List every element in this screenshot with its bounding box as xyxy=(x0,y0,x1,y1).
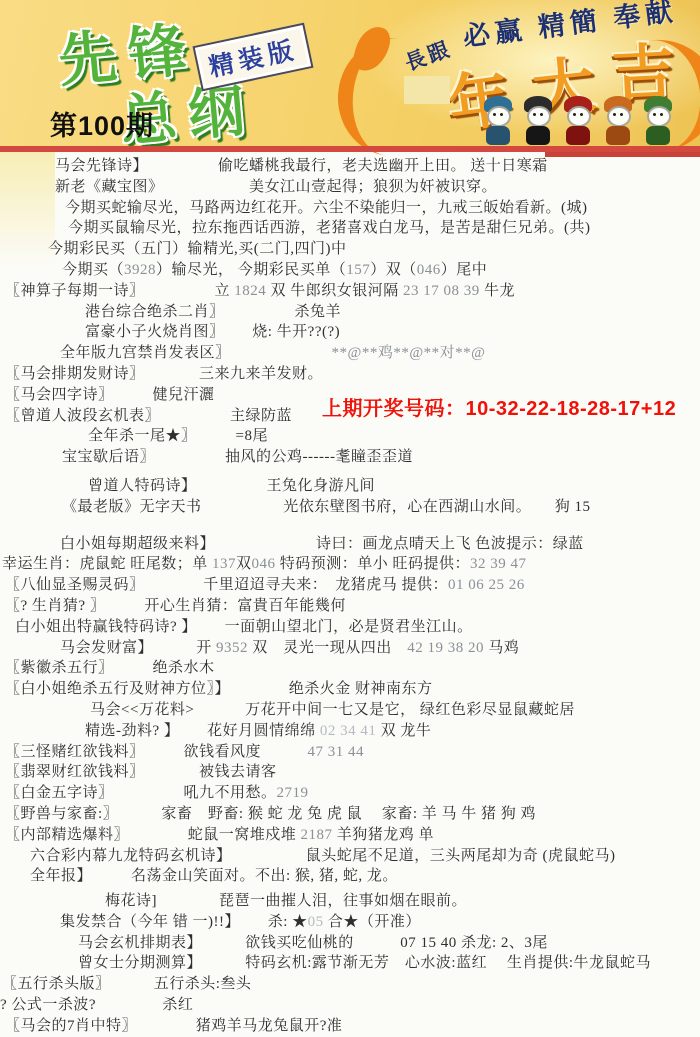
mascot-icon xyxy=(522,96,554,148)
text-line: 〖马会的7肖中特〗 猪鸡羊马龙兔鼠开?准 xyxy=(0,1016,700,1037)
last-draw-numbers: 上期开奖号码：10-32-22-18-28-17+12 xyxy=(322,392,676,421)
text-line: 白小姐每期超级来料】 诗曰：画龙点晴天上飞 色波提示：绿蓝 xyxy=(0,534,700,555)
text-line: 〖紫徽杀五行〗 绝杀水木 xyxy=(0,658,700,679)
text-line: 白小姐出特赢钱特码诗? 】 一面朝山望北门，必是贤君坐江山。 xyxy=(0,617,700,638)
text-line: 富豪小子火烧肖图〗 烧: 牛开??(?) xyxy=(0,322,700,343)
text-line: 〖马会排期发财诗〗 三来九来羊发财。 xyxy=(0,364,700,385)
mascot-icon xyxy=(562,96,594,148)
text-line: 〖三怪赌红欲钱料〗 欲钱看风度 47 31 44 xyxy=(0,742,700,763)
text-line: 〖白小姐绝杀五行及财神方位〗】 绝杀火金 财神南东方 xyxy=(0,679,700,700)
text-line: 〖内部精选爆料〗 蛇鼠一窝堆戍堆 2187 羊狗猪龙鸡 单 xyxy=(0,825,700,846)
text-line: 集发禁合（今年 错 一)!!】 杀: ★05 合★（开准） xyxy=(0,912,700,933)
erased-patch xyxy=(404,76,450,104)
text-line: 曾女士分期测算】 特码玄机:露节渐无芳 心水波:蓝红 生肖提供:牛龙鼠蛇马 xyxy=(0,953,700,974)
text-line: 全年杀一尾★〗 =8尾 xyxy=(0,426,700,447)
text-line: 今期买（3928）输尽光， 今期彩民买单（157）双（046）尾中 xyxy=(0,260,700,281)
text-line: 今期买鼠输尽光，拉东拖西话西游，老猪喜戏白龙马，是苦是甜仨兄弟。(共) xyxy=(0,218,700,239)
tips-text-block: 马会先锋诗】 偷吃蟠桃我最行，老夫选幽开上田。 送十日寒霜新老《藏宝图》 美女江… xyxy=(0,156,700,1037)
mascot-row xyxy=(482,96,674,148)
text-line: 精选-劲料? 】 花好月圆情绵绵 02 34 41 双 龙牛 xyxy=(0,721,700,742)
text-line: 〖翡翠财红欲钱料〗 被钱去请客 xyxy=(0,762,700,783)
text-line: 马会<<万花料> 万花开中间一七又是它， 绿红色彩尽显鼠藏蛇居 xyxy=(0,700,700,721)
text-line: ? 公式一杀波? 杀红 xyxy=(0,995,700,1016)
text-line: 新老《藏宝图》 美女江山壹起得；狼狈为奸被识穿。 xyxy=(0,177,700,198)
text-line: 〖野兽与家畜:〗 家畜 野畜: 猴 蛇 龙 兔 虎 鼠 家畜: 羊 马 牛 猪 … xyxy=(0,804,700,825)
text-line: 《最老版》无字天书 光依东壁图书府，心在西湖山水间。 狗 15 xyxy=(0,497,700,518)
mascot-icon xyxy=(482,96,514,148)
mascot-icon xyxy=(642,96,674,148)
text-line: 幸运生肖：虎鼠蛇 旺尾数；单 137双046 特码预测：单小 旺码提供：32 3… xyxy=(0,554,700,575)
text-line: 〖白金五字诗〗 吼九不用愁。2719 xyxy=(0,783,700,804)
text-line: 六合彩内幕九龙特码玄机诗】 鼠头蛇尾不足道，三头两尾却为奇 (虎鼠蛇马) xyxy=(0,846,700,867)
text-line: 梅花诗] 琵琶一曲摧人泪，往事如烟在眼前。 xyxy=(0,891,700,912)
mascot-icon xyxy=(602,96,634,148)
text-line: 今期彩民买（五门）输精光,买(二门,四门)中 xyxy=(0,239,700,260)
text-line: 〖神算子每期一诗〗 立 1824 双 牛郎织女银河隔 23 17 08 39 牛… xyxy=(0,281,700,302)
header-banner: 先锋 总纲 精装版 必赢 精簡 奉献 長跟 年 大 吉 第100期 xyxy=(0,0,700,150)
text-line: 马会玄机排期表】 欲钱买吃仙桃的 07 15 40 杀龙: 2、3尾 xyxy=(0,933,700,954)
issue-number: 第100期 xyxy=(50,104,154,143)
text-line: 〖八仙显圣赐灵码〗 千里迢迢寻夫来： 龙猪虎马 提供：01 06 25 26 xyxy=(0,575,700,596)
text-line: 港台综合绝杀二肖〗 杀兔羊 xyxy=(0,302,700,323)
text-line: 今期买蛇输尽光，马路两边红花开。六尘不染能归一，九戒三皈始看新。(城) xyxy=(0,198,700,219)
tip-sheet-page: 先锋 总纲 精装版 必赢 精簡 奉献 長跟 年 大 吉 第100期 马会先锋诗】… xyxy=(0,0,700,1037)
text-line: 全年版九宫禁肖发表区〗 **@**鸡**@**对**@ xyxy=(0,343,700,364)
text-line: 马会发财富】 开 9352 双 灵光一现从四出 42 19 38 20 马鸡 xyxy=(0,638,700,659)
text-line: 〖五行杀头版〗 五行杀头:叁头 xyxy=(0,974,700,995)
text-line: 宝宝歇后语〗 抽风的公鸡------耄瞳歪歪道 xyxy=(0,447,700,468)
text-line: 全年报】 名荡金山笑面对。不出: 猴, 猪, 蛇, 龙。 xyxy=(0,866,700,887)
text-line: 曾道人特码诗】 王兔化身游凡间 xyxy=(0,476,700,497)
text-line: 马会先锋诗】 偷吃蟠桃我最行，老夫选幽开上田。 送十日寒霜 xyxy=(0,156,700,177)
text-line: 〖? 生肖猜? 〗 开心生肖猜：富貴百年能幾何 xyxy=(0,596,700,617)
